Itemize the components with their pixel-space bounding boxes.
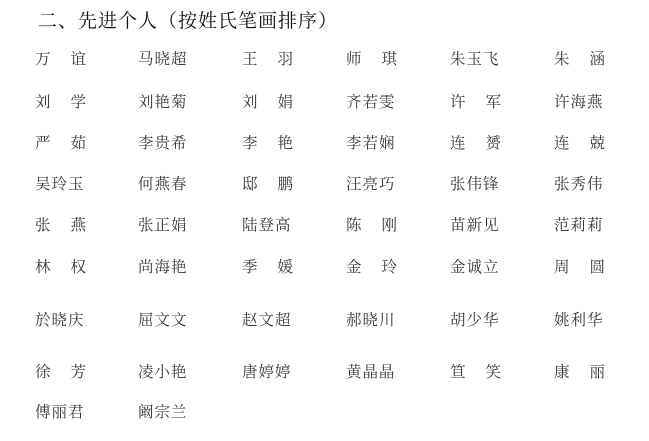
name-entry: 周圆 [554, 255, 605, 277]
name-part: 艳 [277, 131, 293, 153]
name-entry: 何燕春 [138, 172, 189, 194]
name-part: 尚海艳 [138, 255, 188, 277]
name-part: 於晓庆 [35, 308, 85, 330]
name-part: 连 [450, 131, 466, 153]
name-entry: 胡少华 [450, 308, 501, 330]
name-entry: 郝晓川 [346, 308, 397, 330]
name-part: 季 [242, 255, 258, 277]
name-part: 鹏 [277, 172, 293, 194]
name-entry: 张燕 [35, 213, 86, 235]
name-part: 朱玉飞 [450, 47, 500, 69]
name-part: 金诚立 [450, 255, 500, 277]
name-entry: 汪亮巧 [346, 172, 397, 194]
name-part: 郝晓川 [346, 308, 396, 330]
name-entry: 陆登高 [242, 213, 293, 235]
name-part: 谊 [70, 47, 86, 69]
name-part: 阚宗兰 [138, 400, 188, 422]
name-entry: 许军 [450, 90, 501, 112]
name-part: 连 [554, 131, 570, 153]
name-part: 媛 [277, 255, 293, 277]
name-entry: 李贵希 [138, 131, 189, 153]
name-part: 康 [554, 360, 570, 382]
name-entry: 范莉莉 [554, 213, 605, 235]
name-entry: 连赟 [450, 131, 501, 153]
name-part: 笑 [485, 360, 501, 382]
name-entry: 徐芳 [35, 360, 86, 382]
name-entry: 李若娴 [346, 131, 397, 153]
name-part: 娟 [277, 90, 293, 112]
name-part: 刚 [381, 213, 397, 235]
name-part: 朱 [554, 47, 570, 69]
name-entry: 张伟锋 [450, 172, 501, 194]
name-part: 李 [242, 131, 258, 153]
name-entry: 苗新见 [450, 213, 501, 235]
name-part: 屈文文 [138, 308, 188, 330]
name-entry: 笪笑 [450, 360, 501, 382]
name-entry: 刘艳菊 [138, 90, 189, 112]
name-part: 金 [346, 255, 362, 277]
name-entry: 李艳 [242, 131, 293, 153]
name-part: 刘艳菊 [138, 90, 188, 112]
name-entry: 许海燕 [554, 90, 605, 112]
name-entry: 邸鹏 [242, 172, 293, 194]
name-entry: 凌小艳 [138, 360, 189, 382]
name-part: 陈 [346, 213, 362, 235]
name-part: 李贵希 [138, 131, 188, 153]
name-part: 刘 [242, 90, 258, 112]
name-part: 周 [554, 255, 570, 277]
name-part: 马晓超 [138, 47, 188, 69]
name-entry: 齐若雯 [346, 90, 397, 112]
name-part: 学 [70, 90, 86, 112]
name-part: 齐若雯 [346, 90, 396, 112]
name-part: 茹 [70, 131, 86, 153]
name-part: 圆 [589, 255, 605, 277]
name-entry: 阚宗兰 [138, 400, 189, 422]
name-part: 羽 [277, 47, 293, 69]
name-part: 王 [242, 47, 258, 69]
name-part: 姚利华 [554, 308, 604, 330]
name-entry: 朱涵 [554, 47, 605, 69]
name-entry: 师琪 [346, 47, 397, 69]
name-part: 范莉莉 [554, 213, 604, 235]
name-part: 苗新见 [450, 213, 500, 235]
name-entry: 严茹 [35, 131, 86, 153]
name-part: 傅丽君 [35, 400, 85, 422]
name-part: 琪 [381, 47, 397, 69]
name-part: 李若娴 [346, 131, 396, 153]
name-part: 燕 [70, 213, 86, 235]
name-entry: 陈刚 [346, 213, 397, 235]
name-part: 师 [346, 47, 362, 69]
name-part: 唐婷婷 [242, 360, 292, 382]
name-entry: 傅丽君 [35, 400, 86, 422]
name-part: 涵 [589, 47, 605, 69]
name-entry: 马晓超 [138, 47, 189, 69]
name-part: 笪 [450, 360, 466, 382]
name-entry: 朱玉飞 [450, 47, 501, 69]
name-part: 刘 [35, 90, 51, 112]
name-entry: 尚海艳 [138, 255, 189, 277]
name-entry: 赵文超 [242, 308, 293, 330]
name-entry: 康丽 [554, 360, 605, 382]
name-part: 汪亮巧 [346, 172, 396, 194]
name-entry: 於晓庆 [35, 308, 86, 330]
name-entry: 黄晶晶 [346, 360, 397, 382]
name-part: 黄晶晶 [346, 360, 396, 382]
name-part: 许海燕 [554, 90, 604, 112]
name-part: 权 [70, 255, 86, 277]
name-part: 张 [35, 213, 51, 235]
name-entry: 张秀伟 [554, 172, 605, 194]
name-entry: 季媛 [242, 255, 293, 277]
name-entry: 屈文文 [138, 308, 189, 330]
name-part: 玲 [381, 255, 397, 277]
name-entry: 金诚立 [450, 255, 501, 277]
name-entry: 刘娟 [242, 90, 293, 112]
name-part: 张秀伟 [554, 172, 604, 194]
name-part: 丽 [589, 360, 605, 382]
name-part: 万 [35, 47, 51, 69]
name-entry: 万谊 [35, 47, 86, 69]
name-part: 赟 [485, 131, 501, 153]
name-part: 吴玲玉 [35, 172, 85, 194]
name-entry: 刘学 [35, 90, 86, 112]
name-entry: 林权 [35, 255, 86, 277]
name-entry: 金玲 [346, 255, 397, 277]
name-part: 何燕春 [138, 172, 188, 194]
name-part: 陆登高 [242, 213, 292, 235]
name-entry: 王羽 [242, 47, 293, 69]
name-part: 徐 [35, 360, 51, 382]
name-part: 张伟锋 [450, 172, 500, 194]
name-part: 芳 [70, 360, 86, 382]
name-part: 胡少华 [450, 308, 500, 330]
name-part: 林 [35, 255, 51, 277]
name-part: 军 [485, 90, 501, 112]
name-entry: 姚利华 [554, 308, 605, 330]
name-entry: 唐婷婷 [242, 360, 293, 382]
section-title: 二、先进个人（按姓氏笔画排序） [38, 6, 338, 33]
name-entry: 张正娟 [138, 213, 189, 235]
name-part: 兢 [589, 131, 605, 153]
name-part: 邸 [242, 172, 258, 194]
name-part: 张正娟 [138, 213, 188, 235]
name-entry: 吴玲玉 [35, 172, 86, 194]
name-part: 许 [450, 90, 466, 112]
name-part: 凌小艳 [138, 360, 188, 382]
name-part: 严 [35, 131, 51, 153]
name-entry: 连兢 [554, 131, 605, 153]
name-part: 赵文超 [242, 308, 292, 330]
